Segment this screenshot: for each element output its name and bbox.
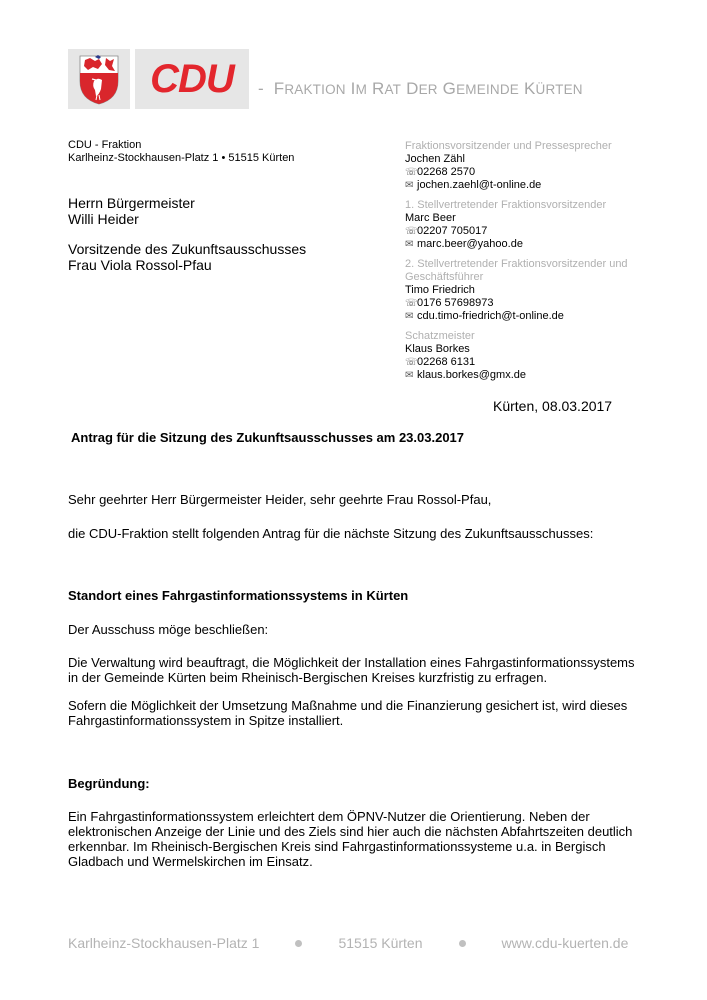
municipal-crest-logo xyxy=(68,49,130,109)
recipient-line: Vorsitzende des Zukunftsausschusses xyxy=(68,242,306,258)
recipient-line: Herrn Bürgermeister xyxy=(68,196,306,212)
contact-role: 2. Stellvertretender Fraktionsvorsitzend… xyxy=(405,258,640,284)
contact-email[interactable]: jochen.zaehl@t-online.de xyxy=(417,179,541,191)
contact-phone: 02268 6131 xyxy=(417,356,475,368)
contact-name: Marc Beer xyxy=(405,212,645,225)
footer-address: Karlheinz-Stockhausen-Platz 1 xyxy=(68,935,259,951)
contact-card: 2. Stellvertretender Fraktionsvorsitzend… xyxy=(405,258,645,323)
recipient-line: Frau Viola Rossol-Pfau xyxy=(68,258,306,274)
reason-paragraph: Ein Fahrgastinformationssystem erleichte… xyxy=(68,809,646,869)
contact-phone: 02207 705017 xyxy=(417,225,487,237)
motion-lead: Der Ausschuss möge beschließen: xyxy=(68,622,648,637)
contact-card: Schatzmeister Klaus Borkes ☏02268 6131 ✉… xyxy=(405,330,645,382)
letterhead-title: - FRAKTION IM RAT DER GEMEINDE KÜRTEN xyxy=(258,79,583,99)
salutation: Sehr geehrter Herr Bürgermeister Heider,… xyxy=(68,492,648,507)
letter-subject: Antrag für die Sitzung des Zukunftsaussc… xyxy=(71,430,464,445)
letterhead-title-text: FRAKTION IM RAT DER GEMEINDE KÜRTEN xyxy=(274,79,583,98)
recipient-spacer xyxy=(68,227,306,242)
recipient-address: Herrn Bürgermeister Willi Heider Vorsitz… xyxy=(68,196,306,273)
phone-icon: ☏ xyxy=(405,225,417,238)
footer-city: 51515 Kürten xyxy=(338,935,422,951)
contact-card: Fraktionsvorsitzender und Pressesprecher… xyxy=(405,140,645,192)
bullet-icon xyxy=(459,940,466,947)
bullet-icon xyxy=(295,940,302,947)
phone-icon: ☏ xyxy=(405,166,417,179)
contact-email[interactable]: klaus.borkes@gmx.de xyxy=(417,369,526,381)
page-footer: Karlheinz-Stockhausen-Platz 151515 Kürte… xyxy=(68,935,628,951)
email-icon: ✉ xyxy=(405,310,417,323)
contact-name: Klaus Borkes xyxy=(405,343,645,356)
motion-title: Standort eines Fahrgastinformationssyste… xyxy=(68,588,648,603)
contact-role: 1. Stellvertretender Fraktionsvorsitzend… xyxy=(405,199,645,212)
phone-icon: ☏ xyxy=(405,356,417,369)
cdu-logo: CDU xyxy=(135,49,249,109)
recipient-line: Willi Heider xyxy=(68,212,306,228)
contact-email[interactable]: marc.beer@yahoo.de xyxy=(417,238,523,250)
contact-email[interactable]: cdu.timo-friedrich@t-online.de xyxy=(417,310,564,322)
email-icon: ✉ xyxy=(405,179,417,192)
email-icon: ✉ xyxy=(405,369,417,382)
contact-phone: 0176 57698973 xyxy=(417,297,493,309)
contact-phone: 02268 2570 xyxy=(417,166,475,178)
email-icon: ✉ xyxy=(405,238,417,251)
contact-role: Fraktionsvorsitzender und Pressesprecher xyxy=(405,140,645,153)
motion-paragraph-1: Die Verwaltung wird beauftragt, die Mögl… xyxy=(68,655,643,685)
sender-address: CDU - Fraktion Karlheinz-Stockhausen-Pla… xyxy=(68,139,294,165)
contact-role: Schatzmeister xyxy=(405,330,645,343)
letter-date: Kürten, 08.03.2017 xyxy=(493,398,612,414)
contact-name: Jochen Zähl xyxy=(405,153,645,166)
intro-paragraph: die CDU-Fraktion stellt folgenden Antrag… xyxy=(68,526,648,541)
reason-title: Begründung: xyxy=(68,776,648,791)
contact-card: 1. Stellvertretender Fraktionsvorsitzend… xyxy=(405,199,645,251)
footer-website[interactable]: www.cdu-kuerten.de xyxy=(502,935,629,951)
contacts-panel: Fraktionsvorsitzender und Pressesprecher… xyxy=(405,140,645,389)
motion-paragraph-2: Sofern die Möglichkeit der Umsetzung Maß… xyxy=(68,698,643,728)
contact-name: Timo Friedrich xyxy=(405,284,645,297)
crest-icon xyxy=(68,49,130,109)
phone-icon: ☏ xyxy=(405,297,417,310)
